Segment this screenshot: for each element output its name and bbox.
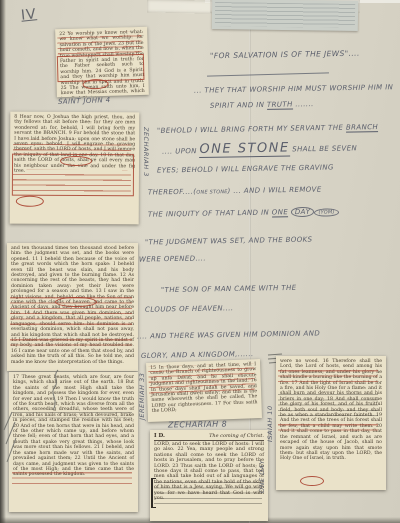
handwritten-judgment-1: "THE JUDGMENT WAS SET, AND THE BOOKS xyxy=(145,236,313,247)
label-saint-john-4: SAINT JOHN 4 xyxy=(58,96,111,106)
clipping-daniel7-upper-text: and ten thousand times ten thousand stoo… xyxy=(11,246,134,365)
label-isaiah-10: ISAIAH 10 xyxy=(266,405,274,442)
handwritten-son-of-man-1: "THE SON OF MAN CAME WITH THE xyxy=(161,284,297,294)
clipping-zechariah8-text: LORD, and to seek the LORD of hosts: I w… xyxy=(154,442,264,501)
handwritten-iniquity-a: THE INIQUITY OF THAT LAND IN xyxy=(148,209,272,219)
handwritten-thereof-a: THEREOF....( xyxy=(148,188,196,197)
handwritten-one-stone-b: ONE STONE xyxy=(199,140,289,158)
clipping-zechariah8-header-right: The coming of Christ. xyxy=(209,433,264,439)
handwritten-engrave: EYES; BEHOLD I WILL ENGRAVE THE GRAVING xyxy=(157,163,334,174)
label-zechariah-8: ZECHARIAH 8 xyxy=(168,419,227,429)
clipping-zechariah8: I D. The coming of Christ. LORD, and to … xyxy=(150,430,268,521)
handwritten-worship-1: ... THEY THAT WORSHIP HIM MUST WORSHIP H… xyxy=(194,83,393,94)
scrapbook-page: IV 22 Ye worship ye know not what: we kn… xyxy=(0,0,400,523)
handwritten-one-stone-a: .... UPON xyxy=(162,147,200,156)
handwritten-dominion-1: .... AND THERE WAS GIVEN HIM DOMINION AN… xyxy=(137,329,320,340)
clipping-zechariah8-header: I D. The coming of Christ. xyxy=(154,433,264,441)
clipping-jeremiah33-text: 15 In those days, and at that time, will… xyxy=(150,362,258,414)
clipping-zechariah3: 8 Hear now, O Joshua the high priest, th… xyxy=(10,112,140,225)
clipping-daniel7-lower-text: 17 These great beasts, which are four, a… xyxy=(13,375,134,478)
handwritten-iniquity-b: ONE xyxy=(272,208,289,217)
clipping-john4: 22 Ye worship ye know not what: we know … xyxy=(55,27,149,97)
handwritten-dominion-2: GLORY, AND A KINGDOM,...... xyxy=(141,350,254,360)
label-one-day: ONE DAY xyxy=(258,460,266,493)
label-jeremiah-33: JEREMIAH 33 xyxy=(138,373,146,420)
handwritten-son-of-man-2: CLOUDS OF HEAVEN.... xyxy=(145,304,234,314)
handwritten-iniquity: THE INIQUITY OF THAT LAND IN ONE DAY(YOM… xyxy=(148,206,339,219)
red-circle-annotation xyxy=(16,196,44,207)
handwritten-worship-2b: TRUTH xyxy=(267,100,293,109)
handwritten-thereof-b: ONE STONE xyxy=(196,189,227,196)
handwritten-yom-circled: (YOM) xyxy=(314,208,338,216)
clipping-daniel7-upper: and ten thousand times ten thousand stoo… xyxy=(7,243,138,371)
handwritten-day-circled: DAY xyxy=(291,207,315,217)
handwritten-underline xyxy=(207,72,329,76)
clipping-daniel7-lower: 17 These great beasts, which are four, a… xyxy=(9,372,138,512)
handwritten-branch-a: "BEHOLD I WILL BRING FORTH MY SERVANT TH… xyxy=(157,124,346,135)
tape xyxy=(147,0,213,14)
handwritten-branch: "BEHOLD I WILL BRING FORTH MY SERVANT TH… xyxy=(157,123,378,135)
handwritten-worship-2c: ....... xyxy=(293,100,314,108)
clipping-jeremiah33: 15 In those days, and at that time, will… xyxy=(146,359,262,422)
label-zechariah-3: ZECHARIAH 3 xyxy=(142,127,150,177)
clipping-isaiah10-text: were no wood. 16 Therefore shall the Lor… xyxy=(280,359,382,462)
clipping-zechariah8-header-left: I D. xyxy=(154,433,165,439)
ghost-clipping-texture xyxy=(215,2,355,28)
ghost-clipping xyxy=(212,0,358,31)
clipping-john4-text: 22 Ye worship ye know not what: we know … xyxy=(59,30,145,97)
clipping-zechariah3-text: 8 Hear now, O Joshua the high priest, th… xyxy=(14,115,135,175)
handwritten-salvation: "FOR SALVATION IS OF THE JEWS".... xyxy=(210,49,360,61)
pencil-mark xyxy=(50,368,62,414)
handwritten-thereof-c: ) ... AND I WILL REMOVE xyxy=(228,185,322,195)
clipping-isaiah10: were no wood. 16 Therefore shall the Lor… xyxy=(276,356,386,490)
page-numeral: IV xyxy=(20,6,37,24)
handwritten-judgment-2: WERE OPENED.... xyxy=(139,254,206,263)
handwritten-one-stone-c: SHALL BE SEVEN xyxy=(290,144,358,153)
handwritten-worship-2: SPIRIT AND IN TRUTH ....... xyxy=(210,100,314,110)
red-circle-annotation xyxy=(300,476,324,486)
handwritten-one-stone: .... UPON ONE STONE SHALL BE SEVEN xyxy=(162,139,357,157)
handwritten-thereof: THEREOF....(ONE STONE) ... AND I WILL RE… xyxy=(148,185,322,196)
pencil-mark xyxy=(2,410,18,466)
handwritten-branch-b: BRANCH xyxy=(346,123,378,133)
handwritten-worship-2a: SPIRIT AND IN xyxy=(210,101,267,110)
